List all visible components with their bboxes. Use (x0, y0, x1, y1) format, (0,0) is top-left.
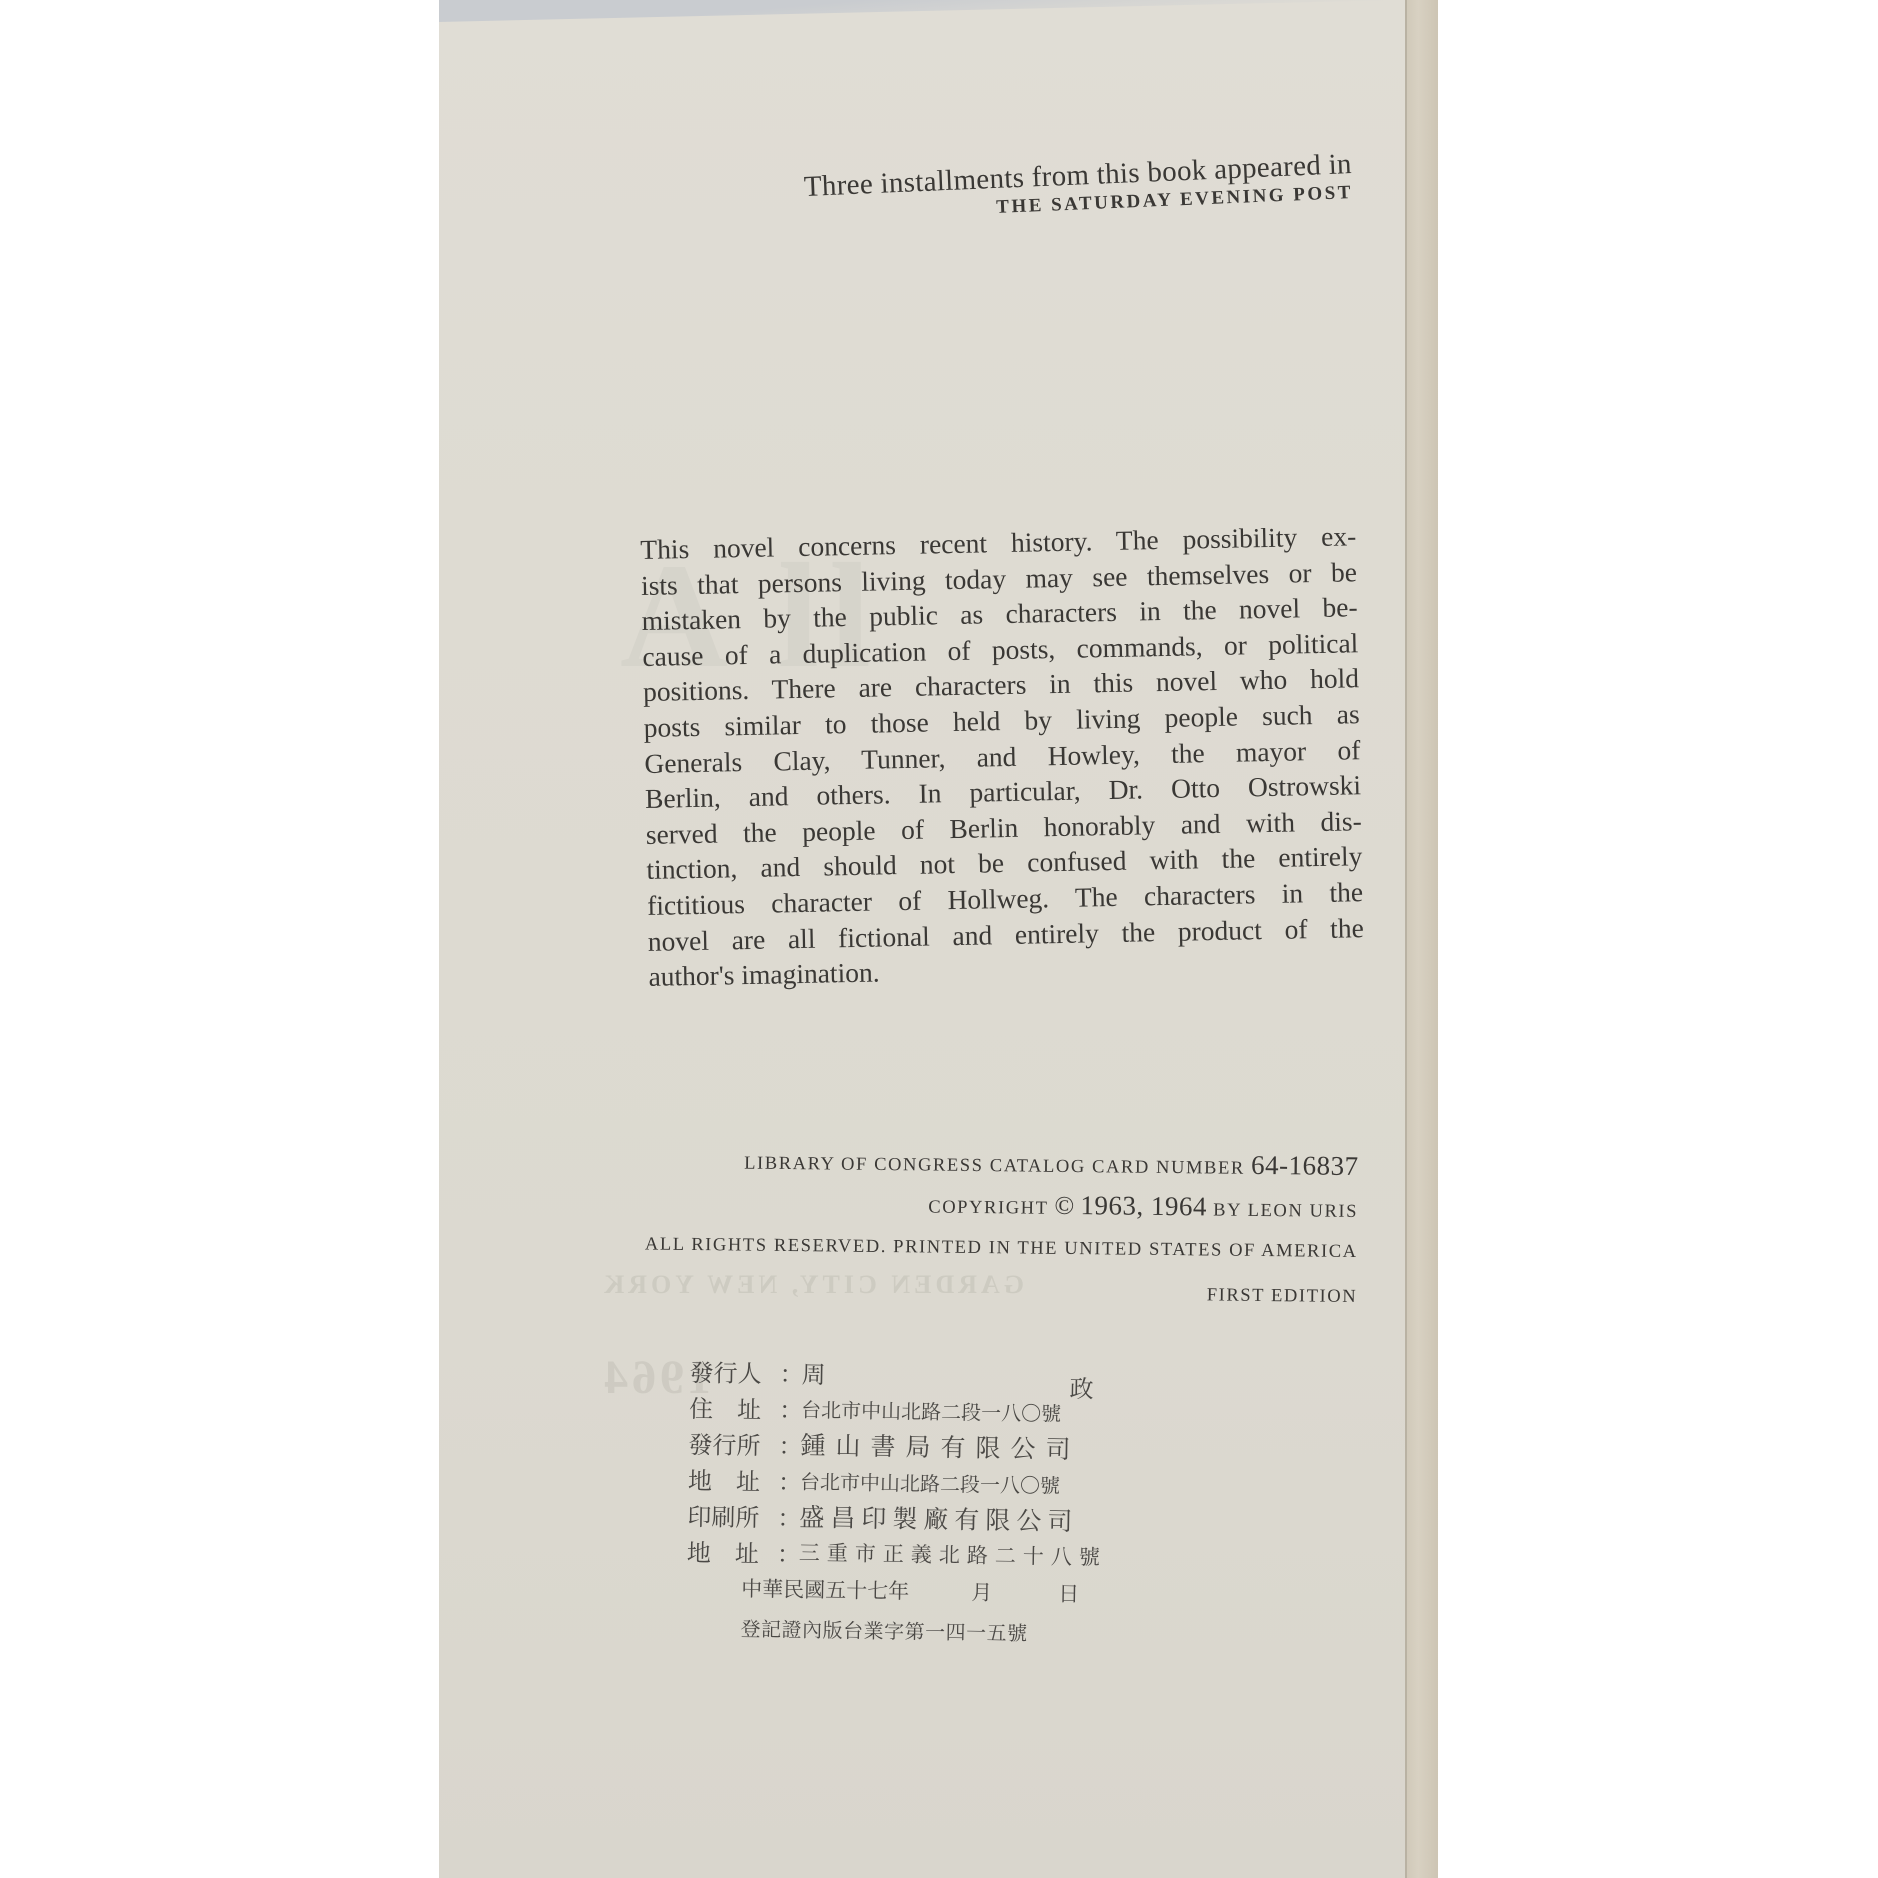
colophon-label: 地 址 (687, 1532, 778, 1568)
colophon-value: 周 政 (801, 1354, 1120, 1394)
colophon-colon: ： (777, 1498, 800, 1533)
colophon-registration: 登記證內版台業字第一四一五號 (740, 1607, 1116, 1653)
colophon-date-year: 中華民國五十七年 (741, 1573, 909, 1606)
colophon-date: 中華民國五十七年 月 日 (741, 1569, 1117, 1613)
copyright-label: COPYRIGHT (928, 1197, 1048, 1218)
colophon-label: 發行所 (688, 1424, 779, 1460)
colophon-date-month: 月 (971, 1576, 992, 1606)
colophon-value: 鍾山書局有限公司 (800, 1426, 1081, 1466)
fiction-disclaimer: This novel concerns recent history. The … (640, 518, 1365, 994)
colophon-colon: ： (779, 1390, 802, 1425)
colophon-value: 台北市中山北路二段一八〇號 (801, 1393, 1061, 1426)
colophon-label: 住 址 (689, 1388, 780, 1424)
colophon-value: 三重市正義北路二十八號 (799, 1537, 1107, 1572)
catalog-card-line: LIBRARY OF CONGRESS CATALOG CARD NUMBER … (646, 1141, 1359, 1188)
colophon-label: 地 址 (688, 1460, 779, 1496)
colophon-colon: ： (779, 1354, 802, 1389)
colophon-value: 台北市中山北路二段一八〇號 (800, 1465, 1060, 1498)
page-edge (1405, 0, 1438, 1878)
colophon-date-day: 日 (1058, 1578, 1079, 1608)
chinese-colophon: 發行人 ： 周 政 住 址 ： 台北市中山北路二段一八〇號 發行所 ： 鍾山書局… (685, 1352, 1120, 1653)
colophon-colon: ： (778, 1462, 801, 1497)
copyright-symbol-icon: © (1055, 1191, 1075, 1220)
colophon-colon: ： (778, 1426, 801, 1461)
colophon-label: 印刷所 (687, 1496, 778, 1532)
copyright-holder: BY LEON URIS (1213, 1200, 1358, 1222)
publisher-surname: 周 (801, 1360, 825, 1388)
edition-line: FIRST EDITION (644, 1265, 1357, 1322)
catalog-number: 64-16837 (1251, 1150, 1359, 1181)
colophon-label: 發行人 (689, 1352, 780, 1388)
copyright-line: COPYRIGHT © 1963, 1964 BY LEON URIS (645, 1181, 1358, 1232)
copyright-years: 1963, 1964 (1081, 1190, 1208, 1221)
rights-line: ALL RIGHTS RESERVED. PRINTED IN THE UNIT… (645, 1225, 1358, 1272)
copyright-block: LIBRARY OF CONGRESS CATALOG CARD NUMBER … (644, 1141, 1359, 1322)
colophon-value: 盛昌印製廠有限公司 (799, 1498, 1079, 1538)
catalog-label: LIBRARY OF CONGRESS CATALOG CARD NUMBER (744, 1154, 1245, 1179)
colophon-colon: ： (777, 1534, 800, 1569)
